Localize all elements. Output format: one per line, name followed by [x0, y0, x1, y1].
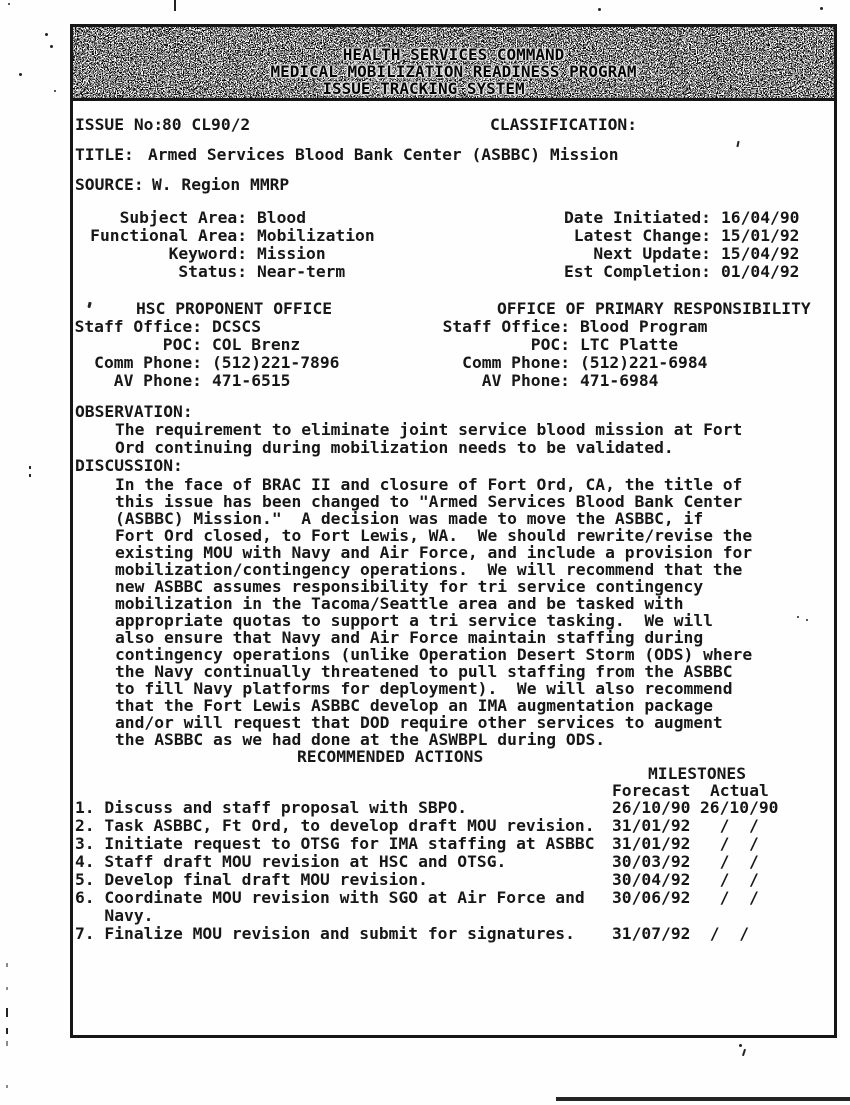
responsibility-comm-phone-value: (512)221-6984 — [580, 354, 707, 372]
responsibility-poc-value: LTC Platte — [580, 336, 707, 354]
action-text: 7. Finalize MOU revision and submit for … — [75, 925, 575, 943]
scan-artifact — [820, 7, 823, 10]
responsibility-av-phone-label: AV Phone: — [440, 372, 570, 390]
scan-artifact — [54, 90, 56, 92]
action-forecast-date: 26/10/90 — [612, 799, 690, 817]
scan-artifact — [174, 0, 176, 11]
scan-artifact — [29, 466, 31, 469]
scan-artifact — [6, 1041, 8, 1046]
action-actual-date: / / — [700, 889, 759, 907]
scan-artifact — [6, 1008, 8, 1017]
action-actual-date: 26/10/90 — [700, 799, 778, 817]
responsibility-office-heading: OFFICE OF PRIMARY RESPONSIBILITY — [497, 300, 811, 318]
proponent-staff-office-value: DCSCS — [212, 318, 339, 336]
observation-text: The requirement to eliminate joint servi… — [115, 421, 742, 457]
scan-artifact — [6, 987, 8, 990]
action-text: 3. Initiate request to OTSG for IMA staf… — [75, 835, 595, 853]
issue-no-label: ISSUE No: — [75, 116, 163, 134]
action-actual-date: / / — [700, 835, 759, 853]
action-forecast-date: 31/07/92 — [612, 925, 690, 943]
proponent-poc-label: POC: — [72, 336, 202, 354]
discussion-heading: DISCUSSION: — [75, 457, 183, 475]
latest-change-value: 15/01/92 — [721, 227, 799, 245]
action-text: 4. Staff draft MOU revision at HSC and O… — [75, 853, 506, 871]
scan-artifact — [8, 3, 10, 5]
recommended-actions-heading: RECOMMENDED ACTIONS — [297, 748, 483, 766]
scanned-document-page: HEALTH SERVICES COMMAND MEDICAL MOBILIZA… — [0, 0, 850, 1105]
scan-artifact — [833, 30, 836, 32]
header-line-command: HEALTH SERVICES COMMAND — [73, 46, 834, 63]
issue-no-value: 80 CL90/2 — [162, 116, 250, 134]
responsibility-staff-office-value: Blood Program — [580, 318, 707, 336]
functional-area-label: Functional Area: — [89, 227, 247, 245]
scan-artifact — [6, 1028, 8, 1034]
scan-artifact — [29, 474, 31, 477]
subject-area-value: Blood — [257, 209, 375, 227]
scan-artifact — [797, 616, 799, 618]
title-value: Armed Services Blood Bank Center (ASBBC)… — [148, 146, 619, 164]
status-label: Status: — [89, 263, 247, 281]
action-actual-date: / / — [700, 817, 759, 835]
status-value: Near-term — [257, 263, 375, 281]
scan-artifact — [598, 8, 601, 11]
proponent-staff-office-label: Staff Office: — [72, 318, 202, 336]
action-forecast-date: 30/04/92 — [612, 871, 690, 889]
date-initiated-label: Date Initiated: — [563, 209, 711, 227]
action-actual-date: / / — [700, 925, 749, 943]
est-completion-label: Est Completion: — [563, 263, 711, 281]
header-line-program: MEDICAL MOBILIZATION READINESS PROGRAM — [73, 63, 834, 80]
action-forecast-date: 31/01/92 — [612, 835, 690, 853]
action-forecast-date: 30/06/92 — [612, 889, 690, 907]
action-text: 2. Task ASBBC, Ft Ord, to develop draft … — [75, 817, 595, 835]
attributes-block: Subject Area: Blood Functional Area: Mob… — [89, 209, 375, 281]
action-forecast-date: 31/01/92 — [612, 817, 690, 835]
discussion-text: In the face of BRAC II and closure of Fo… — [115, 476, 752, 748]
proponent-poc-value: COL Brenz — [212, 336, 339, 354]
proponent-av-phone-value: 471-6515 — [212, 372, 339, 390]
scan-artifact — [50, 45, 53, 48]
subject-area-label: Subject Area: — [89, 209, 247, 227]
header-line-system: ISSUE TRACKING SYSTEM — [73, 80, 804, 97]
next-update-value: 15/04/92 — [721, 245, 799, 263]
action-actual-date: / / — [700, 853, 759, 871]
responsibility-comm-phone-label: Comm Phone: — [440, 354, 570, 372]
keyword-value: Mission — [257, 245, 375, 263]
dates-block: Date Initiated: 16/04/90 Latest Change: … — [563, 209, 799, 281]
proponent-av-phone-label: AV Phone: — [72, 372, 202, 390]
scan-artifact — [19, 73, 22, 76]
keyword-label: Keyword: — [89, 245, 247, 263]
scan-artifact — [6, 1085, 8, 1088]
action-text: 6. Coordinate MOU revision with SGO at A… — [75, 889, 585, 925]
proponent-comm-phone-value: (512)221-7896 — [212, 354, 339, 372]
scan-artifact — [806, 619, 808, 621]
scan-artifact — [6, 963, 8, 967]
latest-change-label: Latest Change: — [563, 227, 711, 245]
functional-area-value: Mobilization — [257, 227, 375, 245]
classification-label: CLASSIFICATION: — [490, 116, 637, 134]
source-label: SOURCE: — [75, 176, 144, 194]
observation-heading: OBSERVATION: — [75, 403, 193, 421]
scan-artifact — [742, 1049, 746, 1056]
proponent-office-heading: HSC PROPONENT OFFICE — [136, 300, 332, 318]
source-value: W. Region MMRP — [152, 176, 289, 194]
responsibility-av-phone-value: 471-6984 — [580, 372, 707, 390]
action-text: 5. Develop final draft MOU revision. — [75, 871, 428, 889]
next-update-label: Next Update: — [563, 245, 711, 263]
action-forecast-date: 30/03/92 — [612, 853, 690, 871]
action-text: 1. Discuss and staff proposal with SBPO. — [75, 799, 467, 817]
scan-artifact — [45, 33, 48, 36]
responsibility-office-block: Staff Office: Blood Program POC: LTC Pla… — [440, 318, 707, 390]
proponent-office-block: Staff Office: DCSCS POC: COL Brenz Comm … — [72, 318, 339, 390]
scan-artifact — [739, 1044, 742, 1047]
proponent-comm-phone-label: Comm Phone: — [72, 354, 202, 372]
date-initiated-value: 16/04/90 — [721, 209, 799, 227]
responsibility-staff-office-label: Staff Office: — [440, 318, 570, 336]
scan-artifact — [556, 1097, 850, 1101]
est-completion-value: 01/04/92 — [721, 263, 799, 281]
responsibility-poc-label: POC: — [440, 336, 570, 354]
header-banner: HEALTH SERVICES COMMAND MEDICAL MOBILIZA… — [73, 27, 834, 101]
title-label: TITLE: — [75, 146, 134, 164]
action-actual-date: / / — [700, 871, 759, 889]
